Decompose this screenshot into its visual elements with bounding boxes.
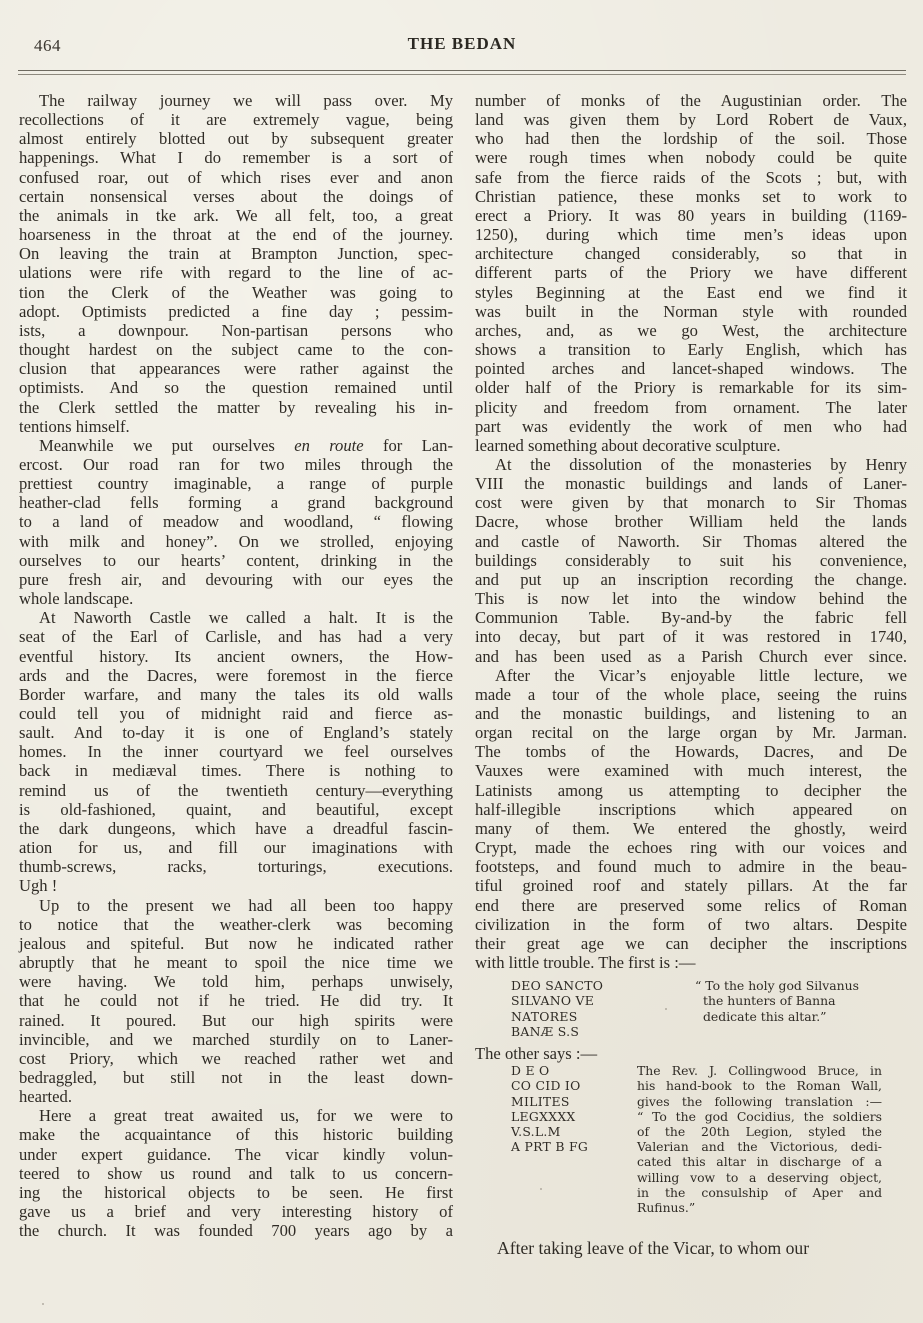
text-line: invincible, and we marched sturdily on t… (19, 1030, 453, 1049)
text-line: ists, a downpour. Non-partisan persons w… (19, 321, 453, 340)
text-line: made a tour of the whole place, seeing t… (475, 685, 907, 704)
header-rule-bottom (18, 74, 906, 75)
text-line: with milk and honey”. On we strolled, en… (19, 532, 453, 551)
paragraph-augustinian: number of monks of the Augustinian order… (475, 91, 907, 455)
text-line: Meanwhile we put ourselves en route for … (19, 436, 453, 455)
translation-line: dedicate this altar.” (695, 1009, 890, 1024)
text-line: erect a Priory. It was 80 years in build… (475, 206, 907, 225)
text-line: shows a transition to Early English, whi… (475, 340, 907, 359)
text-line: Up to the present we had all been too ha… (19, 896, 453, 915)
text-line: and castle of Naworth. Sir Thomas altere… (475, 532, 907, 551)
text-line: Latinists among us attempting to deciphe… (475, 781, 907, 800)
text-line: abruptly that he meant to spoil the nice… (19, 953, 453, 972)
text-line: hoarseness in the throat at the end of t… (19, 225, 453, 244)
text-line: to a land of meadow and woodland, “ flow… (19, 512, 453, 531)
text-line: The tombs of the Howards, Dacres, and De (475, 742, 907, 761)
text-line: Border warfare, and many the tales its o… (19, 685, 453, 704)
text-line: cost Priory, which we reached rather wet… (19, 1049, 453, 1068)
text-line: The railway journey we will pass over. M… (19, 91, 453, 110)
text-line: eventful history. Its ancient owners, th… (19, 647, 453, 666)
italic-phrase: en route (294, 436, 363, 455)
text-line: end there are preserved some relics of R… (475, 896, 907, 915)
running-title: THE BEDAN (18, 34, 906, 54)
other-says-label: The other says :— (475, 1044, 907, 1063)
translation-line: willing vow to a deserving object, (637, 1170, 882, 1185)
header-rule-top (18, 70, 906, 71)
text-line: different parts of the Priory we have di… (475, 263, 907, 282)
text-line: pure fresh air, and devouring with our e… (19, 570, 453, 589)
text-fragment: Meanwhile we put ourselves (39, 436, 294, 455)
text-line: On leaving the train at Brampton Junctio… (19, 244, 453, 263)
text-line: make the acquaintance of this historic b… (19, 1125, 453, 1144)
text-line: heather-clad fells forming a grand backg… (19, 493, 453, 512)
translation-line: Valerian and the Victorious, dedi- (637, 1139, 882, 1154)
inscription-cocidius: D E O CO CID IO MILITES LEGXXXX V.S.L.M … (475, 1063, 907, 1218)
text-line: civilization in the form of two altars. … (475, 915, 907, 934)
text-line: adopt. Optimists predicted a fine day ; … (19, 302, 453, 321)
text-line: hearted. (19, 1087, 453, 1106)
inscription-latin-text: DEO SANCTO SILVANO VE NATORES BANÆ S.S (511, 978, 661, 1039)
text-line: their great age we can decipher the insc… (475, 934, 907, 953)
text-line: At Naworth Castle we called a halt. It i… (19, 608, 453, 627)
inscription-silvanus: DEO SANCTO SILVANO VE NATORES BANÆ S.S “… (475, 978, 907, 1040)
text-line: the Clerk settled the matter by revealin… (19, 398, 453, 417)
text-line: were rough times when nobody could be qu… (475, 148, 907, 167)
text-line: certain nonsensical verses about the doi… (19, 187, 453, 206)
scanned-page: 464 THE BEDAN The railway journey we wil… (0, 0, 923, 1323)
text-line: At the dissolution of the monasteries by… (475, 455, 907, 474)
translation-line: “ To the holy god Silvanus (695, 978, 890, 993)
text-line: thumb-screws, racks, torturings, executi… (19, 857, 453, 876)
text-line: optimists. And so the question remained … (19, 378, 453, 397)
text-line: architecture changed considerably, so th… (475, 244, 907, 263)
closing-line: After taking leave of the Vicar, to whom… (497, 1238, 907, 1258)
text-line: with little trouble. The first is :— (475, 953, 907, 972)
text-line: half-illegible inscriptions which appear… (475, 800, 907, 819)
text-line: ulations were rife with regard to the li… (19, 263, 453, 282)
text-line: buildings considerably to suit his conve… (475, 551, 907, 570)
text-line: is old-fashioned, quaint, and beautiful,… (19, 800, 453, 819)
text-line: sault. And to-day it is one of England’s… (19, 723, 453, 742)
text-line: into decay, but part of it was restored … (475, 627, 907, 646)
paragraph-weather-clerk: Up to the present we had all been too ha… (19, 896, 453, 1107)
text-line: pointed arches and lancet-shaped windows… (475, 359, 907, 378)
text-line: Dacre, whose brother William held the la… (475, 512, 907, 531)
text-line: confused roar, out of which rises ever a… (19, 168, 453, 187)
paper-speck (42, 1303, 44, 1305)
inscription-translation: The Rev. J. Collingwood Bruce, in his ha… (637, 1063, 882, 1215)
translation-line: the hunters of Banna (695, 993, 890, 1008)
text-line: Here a great treat awaited us, for we we… (19, 1106, 453, 1125)
text-line: rained. It poured. But our high spirits … (19, 1011, 453, 1030)
text-line: was built in the Norman style with round… (475, 302, 907, 321)
text-line: Communion Table. By-and-by the fabric fe… (475, 608, 907, 627)
translation-line: “ To the god Cocidius, the soldiers (637, 1109, 882, 1124)
text-line: many of them. We entered the ghostly, we… (475, 819, 907, 838)
text-line: who had then the lordship of the soil. T… (475, 129, 907, 148)
text-line: ercost. Our road ran for two miles throu… (19, 455, 453, 474)
text-line: tentions himself. (19, 417, 453, 436)
paragraph-dissolution: At the dissolution of the monasteries by… (475, 455, 907, 666)
text-line: almost entirely blotted out by subsequen… (19, 129, 453, 148)
inscription-line: SILVANO VE (511, 993, 661, 1008)
text-fragment: for Lan- (364, 436, 453, 455)
text-line: footsteps, and found much to admire in t… (475, 857, 907, 876)
paragraph-en-route: Meanwhile we put ourselves en route for … (19, 436, 453, 608)
inscription-line: DEO SANCTO (511, 978, 661, 993)
translation-line: his hand-book to the Roman Wall, (637, 1078, 882, 1093)
paragraph-great-treat: Here a great treat awaited us, for we we… (19, 1106, 453, 1240)
text-line: cost were given by that monarch to Sir T… (475, 493, 907, 512)
text-line: ation for us, and fill our imaginations … (19, 838, 453, 857)
text-line: teered to show us round and talk to us c… (19, 1164, 453, 1183)
paragraph-naworth: At Naworth Castle we called a halt. It i… (19, 608, 453, 895)
text-line: the church. It was founded 700 years ago… (19, 1221, 453, 1240)
text-line: homes. In the inner courtyard we feel ou… (19, 742, 453, 761)
text-line: Christian patience, these monks set to w… (475, 187, 907, 206)
translation-line: in the consulship of Aper and (637, 1185, 882, 1200)
text-line: that he could not if he tried. He did tr… (19, 991, 453, 1010)
text-line: tion the Clerk of the Weather was going … (19, 283, 453, 302)
text-line: bedraggled, but still not in the least d… (19, 1068, 453, 1087)
inscription-line: BANÆ S.S (511, 1024, 661, 1039)
translation-line: cated this altar in discharge of a (637, 1154, 882, 1169)
text-line: to notice that the weather-clerk was bec… (19, 915, 453, 934)
inscription-translation: “ To the holy god Silvanus the hunters o… (695, 978, 890, 1024)
text-line: This is now let into the window behind t… (475, 589, 907, 608)
text-line: back in mediæval times. There is nothing… (19, 761, 453, 780)
paragraph-railway: The railway journey we will pass over. M… (19, 91, 453, 436)
right-column: number of monks of the Augustinian order… (475, 91, 907, 1222)
text-line: thought hardest on the subject came to t… (19, 340, 453, 359)
text-line: ourselves to our hearts’ content, drinki… (19, 551, 453, 570)
text-line: ing the historical objects to be seen. H… (19, 1183, 453, 1202)
text-line: land was given them by Lord Robert de Va… (475, 110, 907, 129)
text-line: jealous and spiteful. But now he indicat… (19, 934, 453, 953)
text-line: clusion that appearances were rather aga… (19, 359, 453, 378)
translation-line: gives the following translation :— (637, 1094, 882, 1109)
left-column: The railway journey we will pass over. M… (19, 91, 453, 1240)
translation-line: of the 20th Legion, styled the (637, 1124, 882, 1139)
text-line: part was evidently the work of men who h… (475, 417, 907, 436)
page-header: 464 THE BEDAN (18, 30, 906, 80)
text-line: After the Vicar’s enjoyable little lectu… (475, 666, 907, 685)
text-line: prettiest country imaginable, a range of… (19, 474, 453, 493)
text-line: and the monastic buildings, and listenin… (475, 704, 907, 723)
text-line: older half of the Priory is remarkable f… (475, 378, 907, 397)
text-line: the animals in tke ark. We all felt, too… (19, 206, 453, 225)
text-line: remind us of the twentieth century—every… (19, 781, 453, 800)
text-line: Vauxes were examined with much interest,… (475, 761, 907, 780)
translation-line: Rufinus.” (637, 1200, 882, 1215)
text-line: the dark dungeons, which have a dreadful… (19, 819, 453, 838)
text-line: Ugh ! (19, 876, 453, 895)
text-line: number of monks of the Augustinian order… (475, 91, 907, 110)
paper-speck (540, 1188, 542, 1190)
text-line: were having. We told him, perhaps unwise… (19, 972, 453, 991)
text-line: and put up an inscription recording the … (475, 570, 907, 589)
paper-speck (665, 1008, 667, 1010)
text-line: and has been used as a Parish Church eve… (475, 647, 907, 666)
text-line: ards and the Dacres, were foremost in th… (19, 666, 453, 685)
text-line: under expert guidance. The vicar kindly … (19, 1145, 453, 1164)
inscription-line: NATORES (511, 1009, 661, 1024)
text-line: could tell you of midnight raid and fier… (19, 704, 453, 723)
text-line: gave us a brief and very interesting his… (19, 1202, 453, 1221)
text-line: learned something about decorative sculp… (475, 436, 907, 455)
text-line: happenings. What I do remember is a sort… (19, 148, 453, 167)
text-line: plicity and freedom from ornament. The l… (475, 398, 907, 417)
text-line: safe from the fierce raids of the Scots … (475, 168, 907, 187)
translation-line: The Rev. J. Collingwood Bruce, in (637, 1063, 882, 1078)
text-line: 1250), during which time men’s ideas upo… (475, 225, 907, 244)
text-line: whole landscape. (19, 589, 453, 608)
text-line: tiful groined roof and stately pillars. … (475, 876, 907, 895)
text-line: seat of the Earl of Carlisle, and has ha… (19, 627, 453, 646)
paragraph-vicar-lecture: After the Vicar’s enjoyable little lectu… (475, 666, 907, 973)
text-line: recollections of it are extremely vague,… (19, 110, 453, 129)
text-line: arches, and, as we go West, the architec… (475, 321, 907, 340)
text-line: styles Beginning at the East end we find… (475, 283, 907, 302)
text-line: Crypt, made the echoes ring with our voi… (475, 838, 907, 857)
text-line: VIII the monastic buildings and lands of… (475, 474, 907, 493)
text-line: organ recital on the large organ by Mr. … (475, 723, 907, 742)
